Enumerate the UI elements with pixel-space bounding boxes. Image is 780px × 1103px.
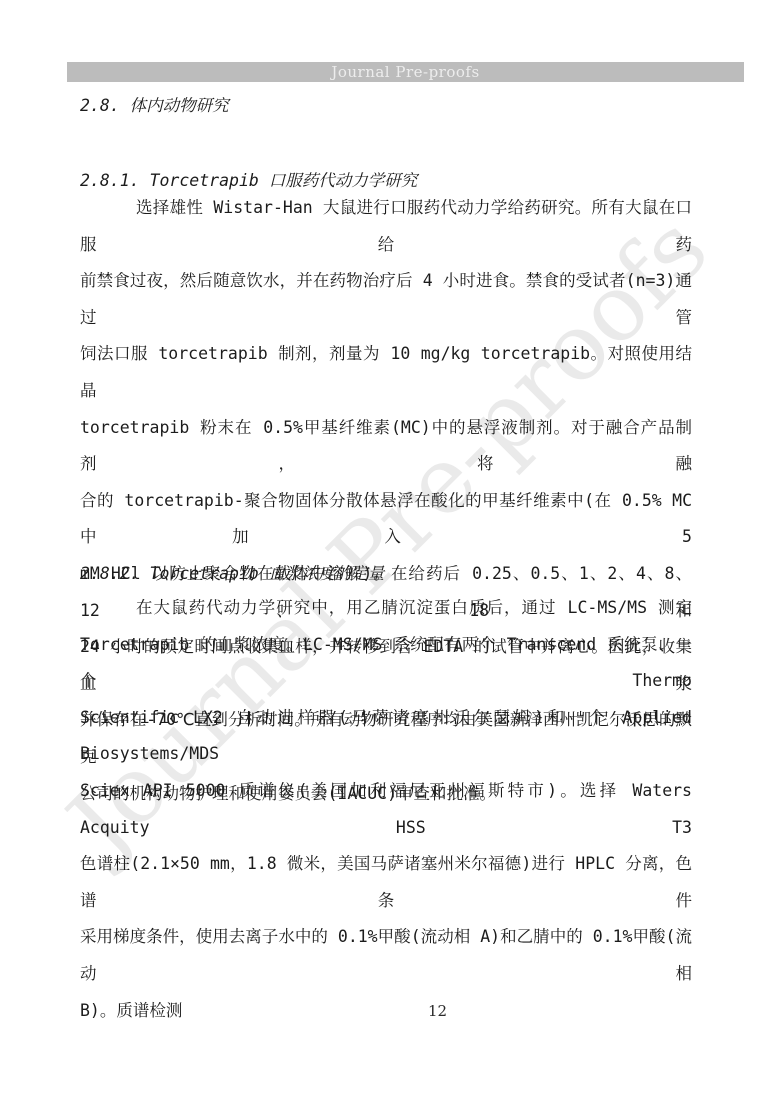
paragraph-line: Scientific LX2 自动进样器(马萨诸塞州沃尔瑟姆)和一个 Appli…	[80, 700, 692, 773]
manuscript-page: Journal Pre-proofs Journal Pre-proofs 2.…	[0, 0, 780, 1103]
paragraph-line: Torcetrapib 的血浆浓度。LC-MS/MS 系统配有两个 Transc…	[80, 627, 692, 700]
section-heading-2-8: 2.8. 体内动物研究	[80, 92, 229, 116]
paragraph-line: 饲法口服 torcetrapib 制剂，剂量为 10 mg/kg torcetr…	[80, 336, 692, 409]
paragraph-line: 合的 torcetrapib-聚合物固体分散体悬浮在酸化的甲基纤维素中(在 0.…	[80, 483, 692, 556]
subsection-heading-2-8-2: 2.8.2. Torcetrapib 血浆浓度的定量	[80, 560, 384, 584]
banner-title: Journal Pre-proofs	[331, 63, 479, 81]
page-number: 12	[428, 1002, 447, 1020]
paragraph-line: 前禁食过夜，然后随意饮水，并在药物治疗后 4 小时进食。禁食的受试者(n=3)通…	[80, 263, 692, 336]
journal-preproof-banner: Journal Pre-proofs	[67, 62, 744, 82]
paragraph-line: 色谱柱(2.1×50 mm，1.8 微米，美国马萨诸塞州米尔福德)进行 HPLC…	[80, 846, 692, 919]
paragraph-line: Sciex API 5000 质谱仪(美国加利福尼亚州福斯特市)。选择 Wate…	[80, 773, 692, 846]
paragraph-plasma-quantification: 在大鼠药代动力学研究中，用乙腈沉淀蛋白质后，通过 LC-MS/MS 测定 Tor…	[80, 590, 692, 1029]
paragraph-line: torcetrapib 粉末在 0.5%甲基纤维素(MC)中的悬浮液制剂。对于融…	[80, 410, 692, 483]
subsection-heading-2-8-1: 2.8.1. Torcetrapib 口服药代动力学研究	[80, 167, 417, 191]
paragraph-line: 在大鼠药代动力学研究中，用乙腈沉淀蛋白质后，通过 LC-MS/MS 测定	[80, 590, 692, 627]
paragraph-line: 选择雄性 Wistar-Han 大鼠进行口服药代动力学给药研究。所有大鼠在口服给…	[80, 190, 692, 263]
paragraph-line: 采用梯度条件，使用去离子水中的 0.1%甲酸(流动相 A)和乙腈中的 0.1%甲…	[80, 919, 692, 992]
paragraph-line: B)。质谱检测	[80, 993, 692, 1030]
